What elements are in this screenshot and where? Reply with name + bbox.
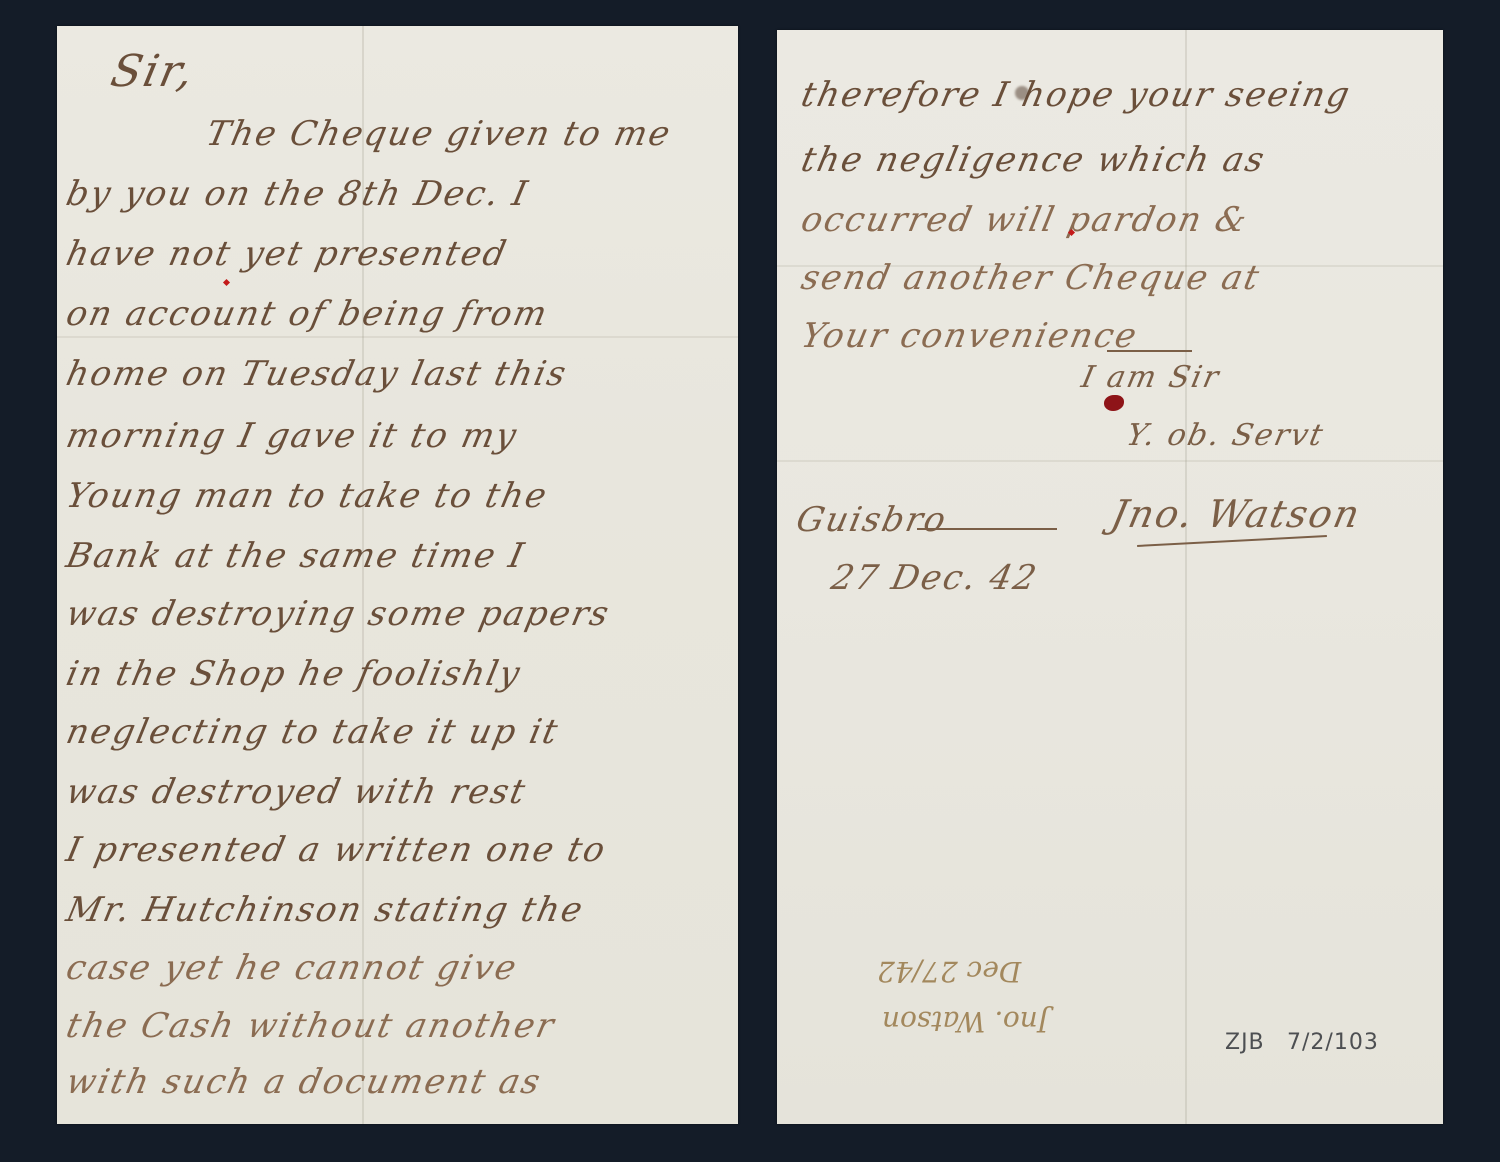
docket-date: Dec 27/42: [877, 955, 1021, 988]
letter-line: have not yet presented: [63, 234, 512, 274]
letter-line: home on Tuesday last this: [63, 354, 571, 394]
signature: Jno. Watson: [1107, 492, 1365, 536]
signature-flourish: [1137, 535, 1327, 547]
fold-crease: [1185, 30, 1187, 1124]
letter-line: The Cheque given to me: [203, 114, 676, 154]
closing-line: I am Sir: [1078, 360, 1223, 395]
archive-number: 7/2/103: [1287, 1030, 1379, 1055]
letter-line: the negligence which as: [798, 140, 1270, 180]
letter-line: Mr. Hutchinson stating the: [63, 890, 588, 930]
letter-line: neglecting to take it up it: [63, 712, 563, 752]
letter-line: was destroying some papers: [63, 594, 614, 634]
letter-page-left: Sir, The Cheque given to me by you on th…: [57, 26, 738, 1124]
fold-crease: [57, 336, 738, 338]
letter-line: in the Shop he foolishly: [63, 654, 525, 694]
fold-crease: [777, 460, 1443, 462]
salutation: Sir,: [107, 46, 200, 97]
closing-line: Y. ob. Servt: [1123, 418, 1327, 453]
ink-spot: [223, 279, 230, 286]
flourish-line: [1107, 350, 1192, 352]
wax-seal-remnant: [1104, 395, 1124, 411]
letter-line: send another Cheque at: [798, 258, 1264, 298]
date: 27 Dec. 42: [828, 558, 1042, 598]
ink-stain: [1015, 86, 1029, 100]
letter-line: therefore I hope your seeing: [798, 75, 1355, 115]
letter-line: morning I gave it to my: [63, 416, 522, 456]
docket-name: Jno. Watson: [882, 1005, 1049, 1038]
letter-line: was destroyed with rest: [63, 772, 531, 812]
letter-line: Your convenience: [798, 316, 1142, 356]
place-underline: [917, 528, 1057, 530]
place: Guisbro: [793, 500, 951, 540]
letter-line: I presented a written one to: [63, 830, 611, 870]
letter-line: Young man to take to the: [63, 476, 552, 516]
letter-line: with such a document as: [63, 1062, 546, 1102]
letter-line: occurred will pardon &: [798, 200, 1252, 240]
archive-prefix: ZJB: [1225, 1030, 1265, 1055]
letter-line: by you on the 8th Dec. I: [63, 174, 533, 214]
letter-line: case yet he cannot give: [63, 948, 522, 988]
letter-line: on account of being from: [63, 294, 552, 334]
letter-line: Bank at the same time I: [63, 536, 529, 576]
letter-page-right: therefore I hope your seeing the neglige…: [777, 30, 1443, 1124]
letter-line: the Cash without another: [63, 1006, 559, 1046]
